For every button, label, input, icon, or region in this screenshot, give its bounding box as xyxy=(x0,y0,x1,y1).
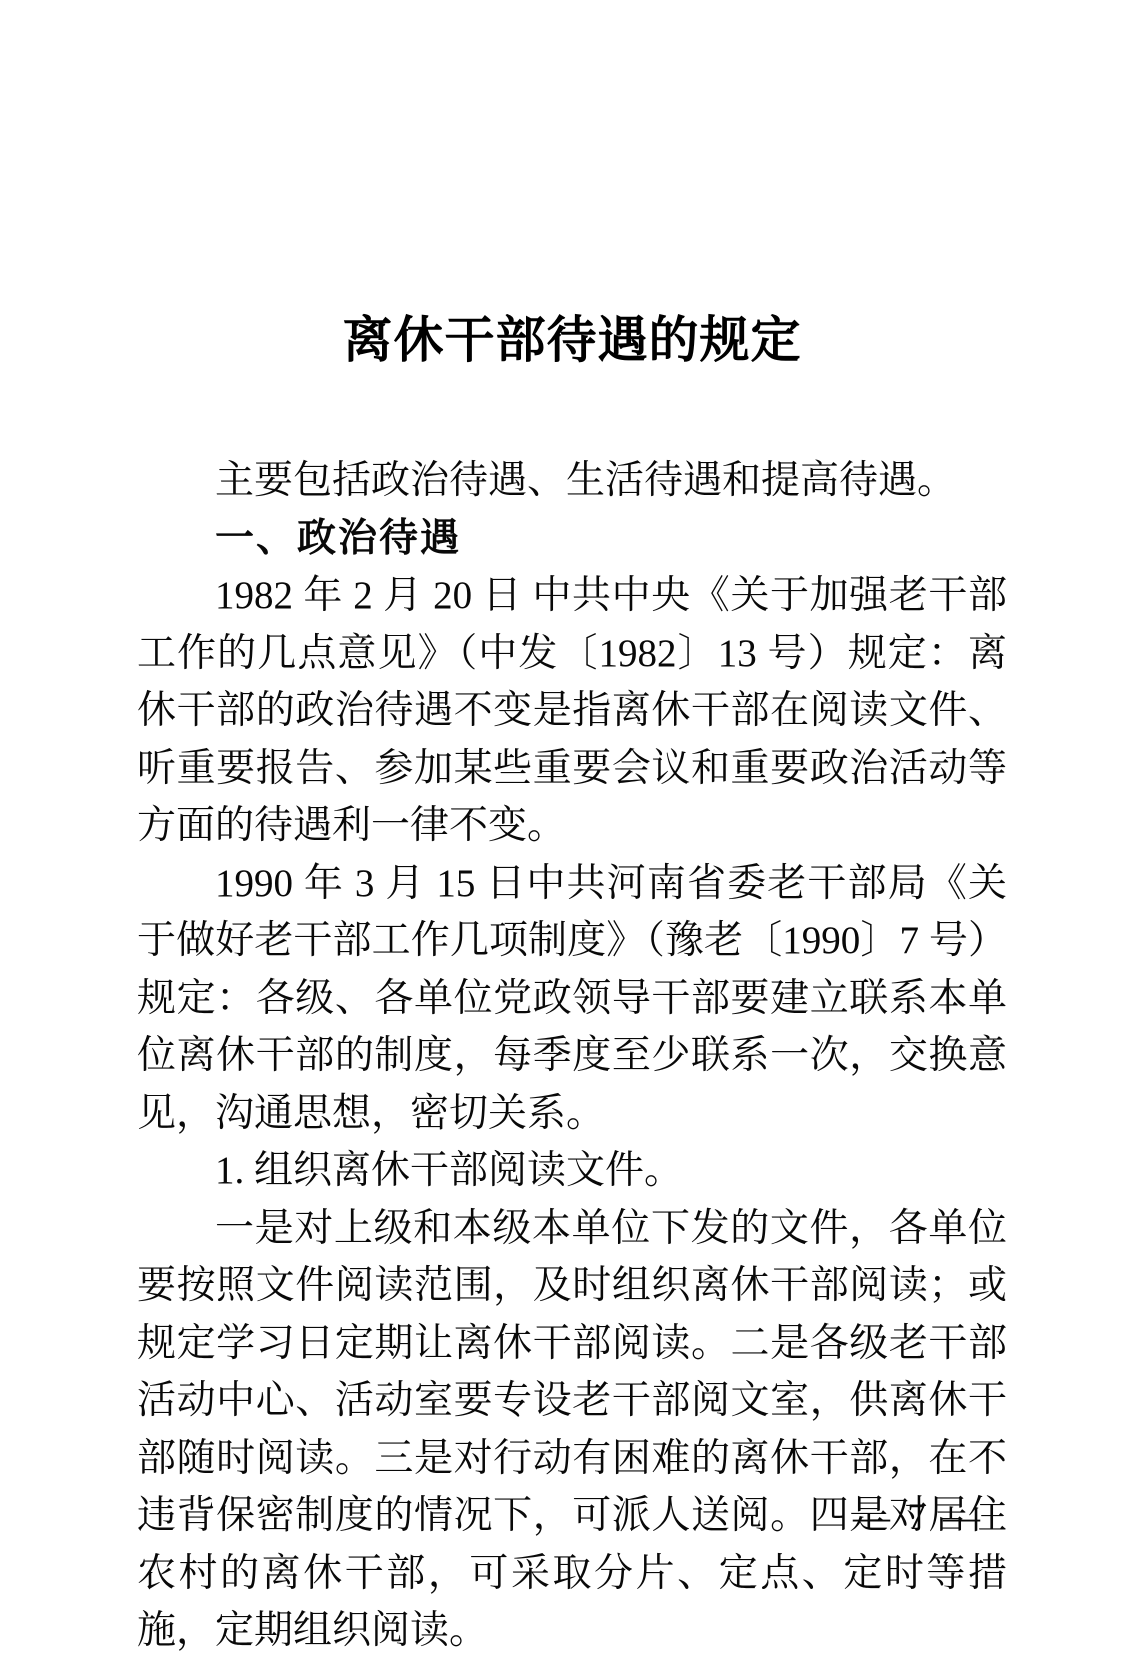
document-body: 主要包括政治待遇、生活待遇和提高待遇。一、政治待遇1982 年 2 月 20 日… xyxy=(137,452,1007,1654)
paragraph: 1. 组织离休干部阅读文件。 xyxy=(137,1142,1007,1200)
document-content: 离休干部待遇的规定 主要包括政治待遇、生活待遇和提高待遇。一、政治待遇1982 … xyxy=(137,306,1007,1654)
page-title: 离休干部待遇的规定 xyxy=(137,306,1007,374)
section-heading: 一、政治待遇 xyxy=(137,510,1007,568)
paragraph: 一是对上级和本级本单位下发的文件，各单位要按照文件阅读范围，及时组织离休干部阅读… xyxy=(137,1200,1007,1654)
document-page: 离休干部待遇的规定 主要包括政治待遇、生活待遇和提高待遇。一、政治待遇1982 … xyxy=(0,0,1142,1654)
page-number: — 7 — xyxy=(853,1498,984,1538)
paragraph: 主要包括政治待遇、生活待遇和提高待遇。 xyxy=(137,452,1007,510)
paragraph: 1990 年 3 月 15 日中共河南省委老干部局《关于做好老干部工作几项制度》… xyxy=(137,855,1007,1143)
paragraph: 1982 年 2 月 20 日 中共中央《关于加强老干部工作的几点意见》（中发〔… xyxy=(137,567,1007,855)
